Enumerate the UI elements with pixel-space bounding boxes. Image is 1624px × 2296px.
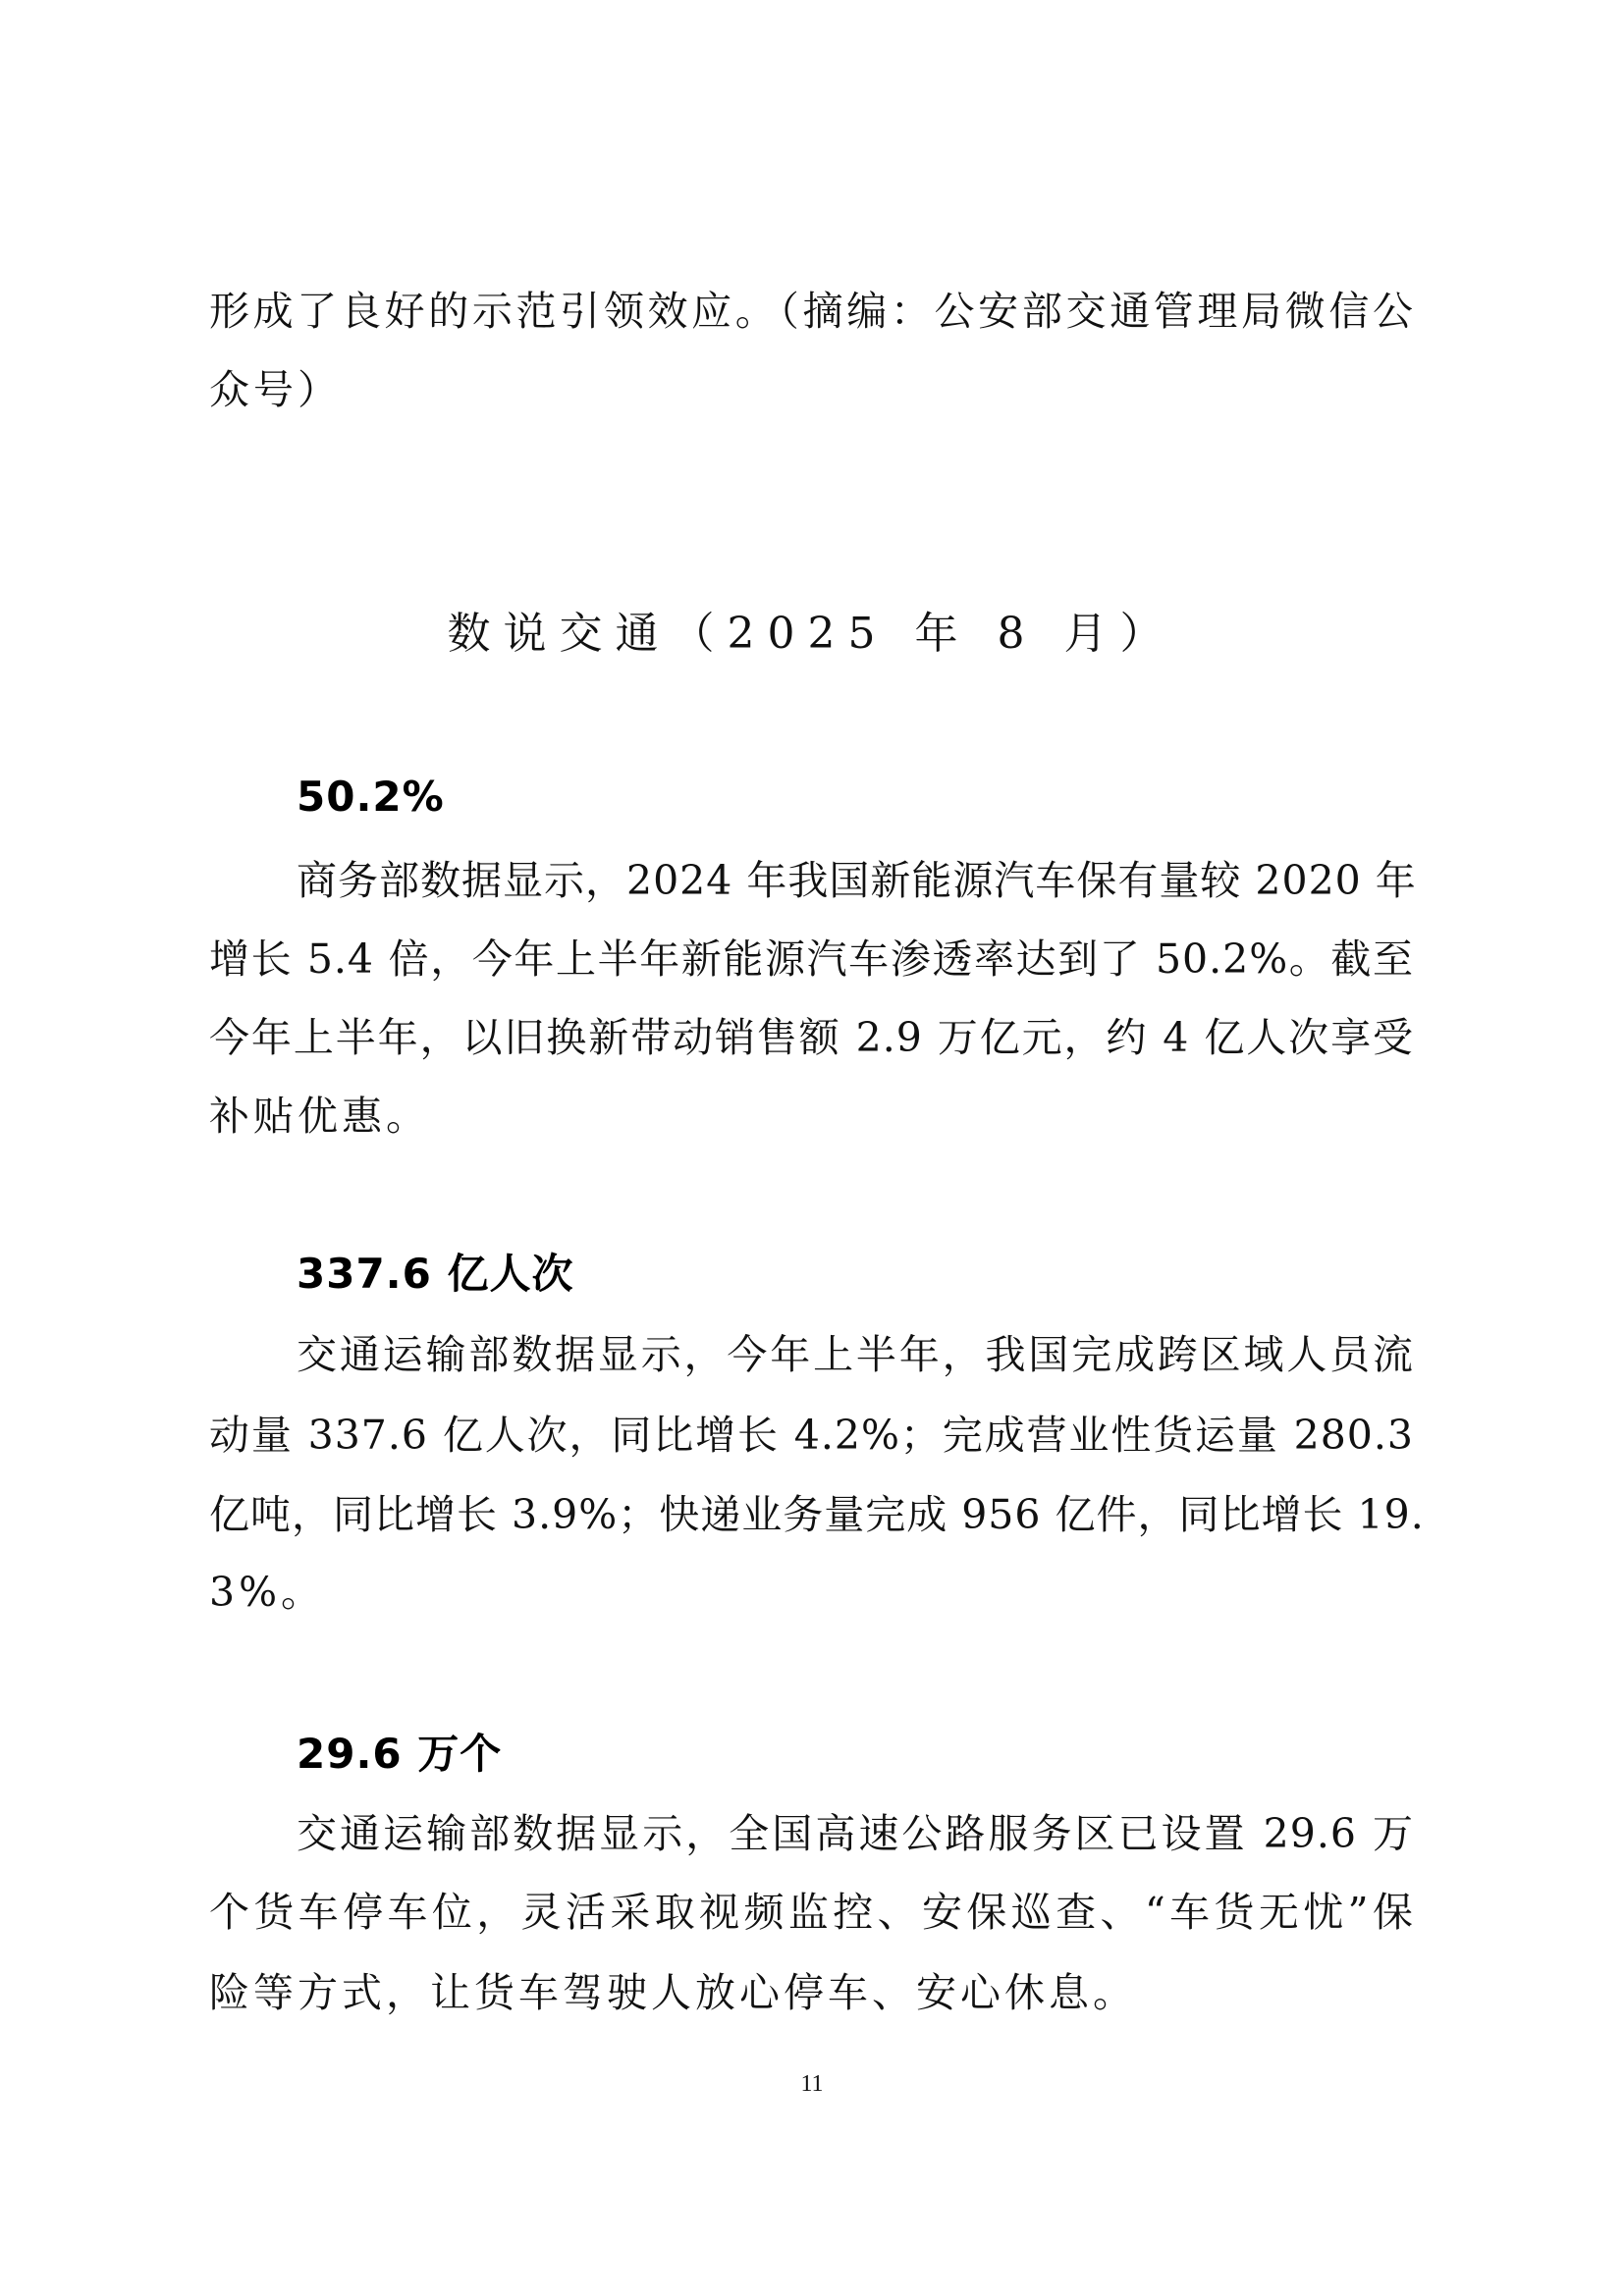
section-heading-3: 29.6 万个: [297, 1715, 502, 1793]
continuation-line-1: 形成了良好的示范引领效应。（摘编：公安部交通管理局微信公: [209, 272, 1414, 350]
section-1-line-2: 增长 5.4 倍，今年上半年新能源汽车渗透率达到了 50.2%。截至: [209, 920, 1414, 998]
page-number: 11: [763, 2064, 861, 2104]
section-1-line-4: 补贴优惠。: [209, 1077, 1414, 1155]
section-3-line-2: 个货车停车位，灵活采取视频监控、安保巡查、“车货无忧”保: [209, 1873, 1414, 1951]
section-2-line-3: 亿吨，同比增长 3.9%；快递业务量完成 956 亿件，同比增长 19.: [209, 1475, 1414, 1554]
section-2-line-4: 3%。: [209, 1553, 1414, 1631]
section-1-line-3: 今年上半年，以旧换新带动销售额 2.9 万亿元，约 4 亿人次享受: [209, 998, 1414, 1077]
section-heading-1: 50.2%: [297, 758, 445, 836]
section-3-line-3: 险等方式，让货车驾驶人放心停车、安心休息。: [209, 1953, 1414, 2032]
page-title: 数说交通（2025 年 8 月）: [209, 595, 1414, 673]
section-2-line-2: 动量 337.6 亿人次，同比增长 4.2%；完成营业性货运量 280.3: [209, 1396, 1414, 1474]
section-3-line-1: 交通运输部数据显示，全国高速公路服务区已设置 29.6 万: [297, 1794, 1414, 1873]
continuation-line-2: 众号）: [209, 350, 1414, 429]
section-2-line-1: 交通运输部数据显示，今年上半年，我国完成跨区域人员流: [297, 1315, 1414, 1394]
section-heading-2: 337.6 亿人次: [297, 1235, 573, 1313]
section-1-line-1: 商务部数据显示，2024 年我国新能源汽车保有量较 2020 年: [297, 841, 1414, 920]
document-page: 形成了良好的示范引领效应。（摘编：公安部交通管理局微信公 众号） 数说交通（20…: [0, 0, 1624, 2296]
